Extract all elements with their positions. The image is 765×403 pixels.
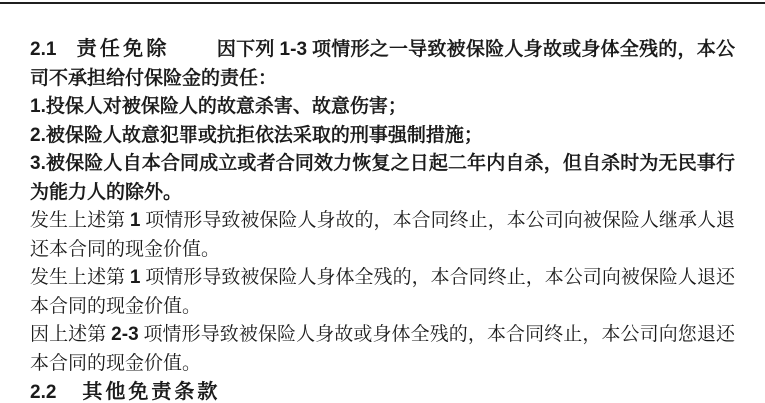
text-segment: 1. xyxy=(30,96,46,117)
consequence-paragraph-disability-text: 发生上述第 1 项情形导致被保险人身体全残的，本合同终止，本公司向被保险人退还本… xyxy=(30,267,735,317)
text-segment: 2. xyxy=(30,125,46,146)
text-segment: 投保人对被保险人的故意杀害、故意伤害； xyxy=(46,96,407,117)
top-rule xyxy=(0,2,765,4)
consequence-paragraph-items-2-3: 因上述第 2-3 项情形导致被保险人身故或身体全残的，本合同终止，本公司向您退还… xyxy=(30,321,735,378)
exclusion-item-3: 3.被保险人自本合同成立或者合同效力恢复之日起二年内自杀，但自杀时为无民事行为能… xyxy=(30,150,735,207)
exclusion-item-2: 2.被保险人故意犯罪或抗拒依法采取的刑事强制措施； xyxy=(30,122,735,151)
text-segment: 被保险人故意犯罪或抗拒依法采取的刑事强制措施； xyxy=(46,125,483,146)
clause-2-1-paragraph: 2.1责任免除因下列 1-3 项情形之一导致被保险人身故或身体全残的，本公司不承… xyxy=(30,35,735,93)
text-segment: 1 xyxy=(130,210,141,231)
exclusion-item-3-text: 3.被保险人自本合同成立或者合同效力恢复之日起二年内自杀，但自杀时为无民事行为能… xyxy=(30,153,735,203)
text-segment: 因下列 xyxy=(217,39,280,60)
next-section-number: 2.2 xyxy=(30,382,56,403)
consequence-paragraph-items-2-3-text: 因上述第 2-3 项情形导致被保险人身故或身体全残的，本合同终止，本公司向您退还… xyxy=(30,324,735,374)
exclusion-item-1: 1.投保人对被保险人的故意杀害、故意伤害； xyxy=(30,93,735,122)
consequence-paragraph-disability: 发生上述第 1 项情形导致被保险人身体全残的，本合同终止，本公司向被保险人退还本… xyxy=(30,264,735,321)
clause-2-2-heading: 2.2其他免责条款 xyxy=(30,378,735,403)
text-segment: 3. xyxy=(30,153,46,174)
text-segment: 1 xyxy=(130,267,141,288)
text-segment: 发生上述第 xyxy=(30,210,130,231)
exclusion-item-2-text: 2.被保险人故意犯罪或抗拒依法采取的刑事强制措施； xyxy=(30,125,483,146)
text-segment: 2-3 xyxy=(111,324,138,345)
text-segment: 因上述第 xyxy=(30,324,111,345)
exclusion-item-1-text: 1.投保人对被保险人的故意杀害、故意伤害； xyxy=(30,96,407,117)
section-title: 责任免除 xyxy=(76,38,169,60)
text-segment: 1-3 xyxy=(280,39,307,60)
text-segment: 发生上述第 xyxy=(30,267,130,288)
text-segment: 被保险人自本合同成立或者合同效力恢复之日起二年内自杀，但自杀时为无民事行为能力人… xyxy=(30,153,735,203)
section-number: 2.1 xyxy=(30,39,56,60)
clause-text-block: 2.1责任免除因下列 1-3 项情形之一导致被保险人身故或身体全残的，本公司不承… xyxy=(0,0,765,403)
document-page: 2.1责任免除因下列 1-3 项情形之一导致被保险人身故或身体全残的，本公司不承… xyxy=(0,0,765,403)
consequence-paragraph-death: 发生上述第 1 项情形导致被保险人身故的，本合同终止，本公司向被保险人继承人退还… xyxy=(30,207,735,264)
next-section-title: 其他免责条款 xyxy=(82,381,220,403)
consequence-paragraph-death-text: 发生上述第 1 项情形导致被保险人身故的，本合同终止，本公司向被保险人继承人退还… xyxy=(30,210,735,260)
